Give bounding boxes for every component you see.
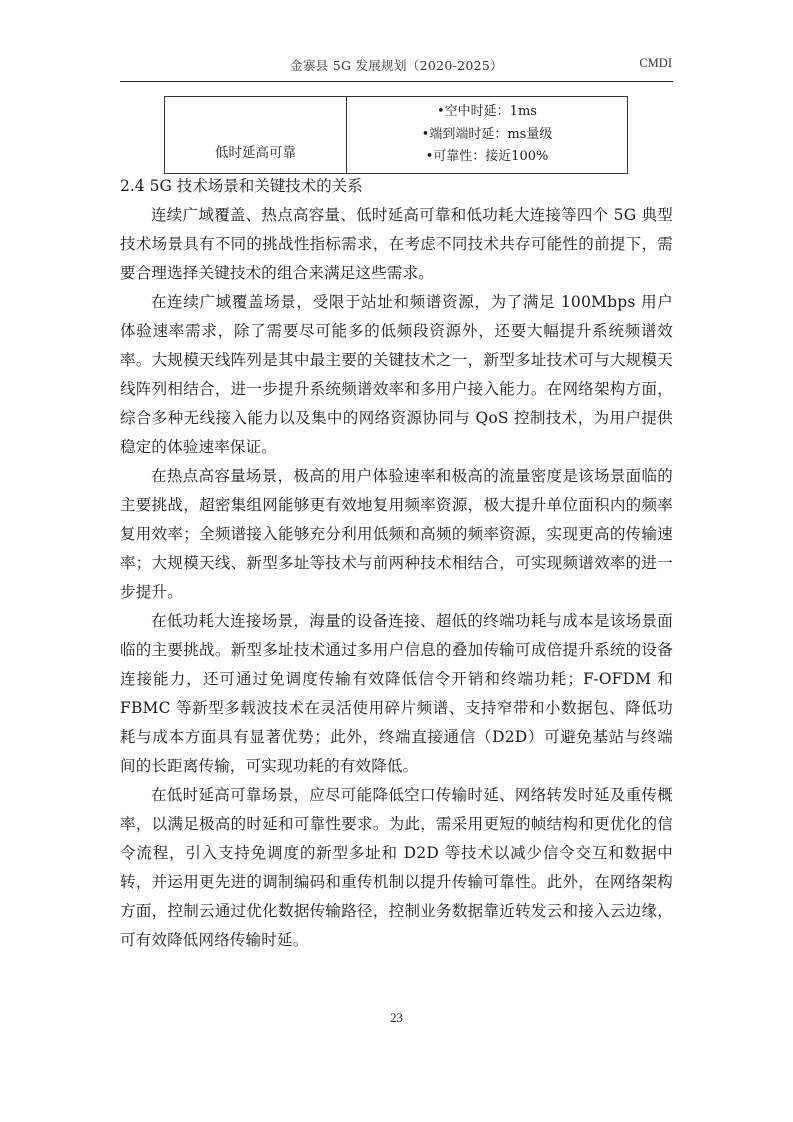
- indicator-cell: •空中时延：1ms •端到端时延：ms量级 •可靠性：接近100%: [347, 97, 627, 173]
- running-header-title: 金寨县 5G 发展规划（2020-2025）: [120, 56, 673, 74]
- indicator-e2e-latency: •端到端时延：ms量级: [422, 124, 553, 147]
- section-heading: 2.4 5G 技术场景和关键技术的关系: [120, 172, 673, 201]
- paragraph-low-latency-reliable: 在低时延高可靠场景，应尽可能降低空口传输时延、网络转发时延及重传概率，以满足极高…: [120, 781, 673, 955]
- section-body: 2.4 5G 技术场景和关键技术的关系 连续广域覆盖、热点高容量、低时延高可靠和…: [120, 172, 673, 955]
- indicator-air-latency: •空中时延：1ms: [437, 101, 537, 124]
- paragraph-wide-coverage: 在连续广域覆盖场景，受限于站址和频谱资源，为了满足 100Mbps 用户体验速率…: [120, 288, 673, 462]
- header-divider: [120, 81, 673, 82]
- paragraph-low-power-massive: 在低功耗大连接场景，海量的设备连接、超低的终端功耗与成本是该场景面临的主要挑战。…: [120, 607, 673, 781]
- scenario-name: 低时延高可靠: [165, 141, 346, 161]
- paragraph-overview: 连续广域覆盖、热点高容量、低时延高可靠和低功耗大连接等四个 5G 典型技术场景具…: [120, 201, 673, 288]
- indicator-reliability: •可靠性：接近100%: [426, 146, 549, 169]
- page-number: 23: [0, 1011, 793, 1026]
- running-header-org: CMDI: [639, 56, 672, 71]
- scenario-indicator-table: 低时延高可靠 •空中时延：1ms •端到端时延：ms量级 •可靠性：接近100%: [164, 96, 628, 174]
- scenario-cell: 低时延高可靠: [165, 97, 347, 173]
- paragraph-hotspot-capacity: 在热点高容量场景，极高的用户体验速率和极高的流量密度是该场景面临的主要挑战，超密…: [120, 462, 673, 607]
